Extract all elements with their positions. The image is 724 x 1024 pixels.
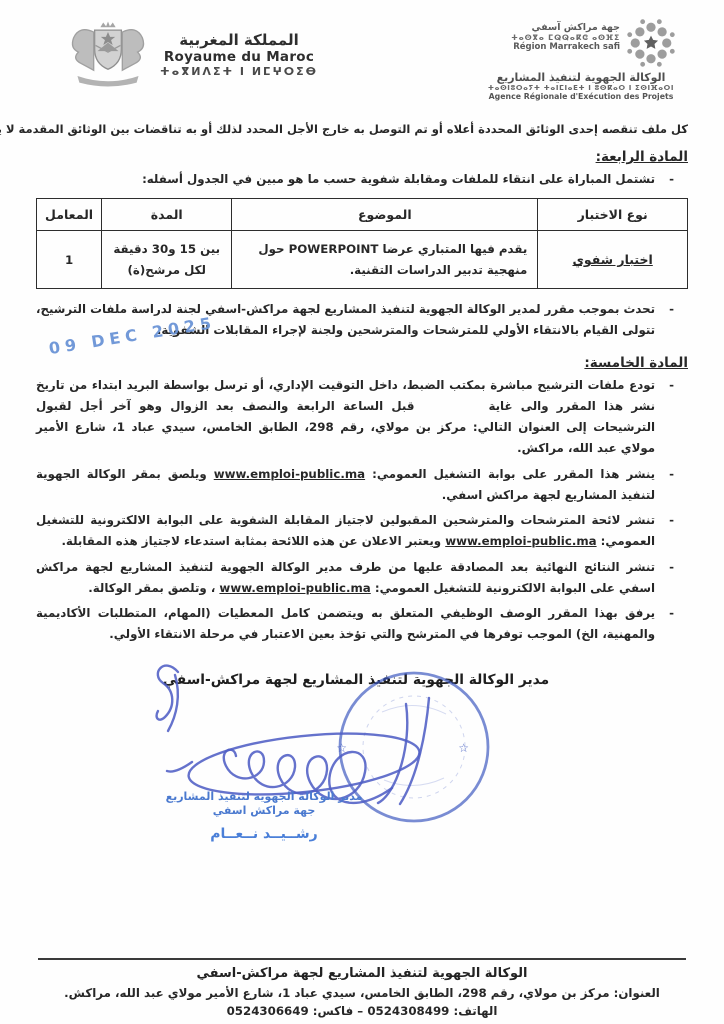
agency-text: الوكالة الجهوية لتنفيذ المشاريع ⵜⴰⵙⵏⵓⵔⴰⵢ…: [486, 71, 676, 101]
bullet-dash: -: [669, 557, 674, 599]
bullet-dash: -: [669, 299, 674, 341]
intro-paragraph: كل ملف تنقصه إحدى الوثائق المحددة أعلاه …: [36, 122, 688, 136]
list-item: - تودع ملفات الترشيح مباشرة بمكتب الضبط،…: [36, 375, 688, 460]
list-item: - ينشر هذا المقرر على بوابة التشغيل العم…: [36, 464, 688, 506]
agency-block: جهة مراكش آسفي ⵜⴰⵙⴳⴰ ⵎⵕⵕⴰⴽⵛ ⴰⵙⴼⵉ Région …: [486, 18, 676, 101]
agency-name-tifinagh: ⵜⴰⵙⵏⵓⵔⴰⵢⵜ ⵜⴰⵏⵎⵏⴰⴹⵜ ⵏ ⵓⵙⴽⴰⵔ ⵏ ⵉⵙⵏⴼⴰⵔⵏ: [486, 84, 676, 92]
region-text: جهة مراكش آسفي ⵜⴰⵙⴳⴰ ⵎⵕⵕⴰⴽⵛ ⴰⵙⴼⵉ Région …: [511, 18, 620, 68]
article4-title: المادة الرابعة:: [596, 149, 688, 165]
bullet-dash: -: [669, 464, 674, 506]
bullet-publish-text: ينشر هذا المقرر على بوابة التشغيل العموم…: [36, 464, 655, 506]
kingdom-text: المملكة المغربية Royaume du Maroc ⵜⴰⴳⵍⴷⵉ…: [160, 31, 318, 78]
footer-agency-name: الوكالة الجهوية لتنفيذ المشاريع لجهة مرا…: [38, 966, 686, 981]
coat-of-arms-icon: [66, 18, 150, 90]
footer-address: العنوان: مركز بن مولاي، رقم 298، الطابق …: [38, 986, 686, 1000]
kingdom-block: المملكة المغربية Royaume du Maroc ⵜⴰⴳⵍⴷⵉ…: [66, 18, 318, 90]
header-subject: الموضوع: [232, 199, 538, 231]
cell-subject: يقدم فيها المتباري عرضا POWERPOINT حول م…: [232, 231, 538, 289]
article4-bullet-text: تشتمل المباراة على انتقاء للملفات ومقابل…: [36, 169, 655, 190]
signer-block: مدير الوكالة الجهوية لتنفيذ المشاريع جهة…: [154, 790, 374, 842]
table-row: اختبار شفوي يقدم فيها المتباري عرضا POWE…: [37, 231, 688, 289]
bullet-results-text: تنشر النتائج النهائية بعد المصادقة عليها…: [36, 557, 655, 599]
stamp-rim-text: الوكالة الجهوية لتنفيذ المشاريع ✶ جهة مر…: [144, 654, 150, 657]
signature-section: مدير الوكالة الجهوية لتنفيذ المشاريع لجه…: [36, 654, 688, 866]
agency-name-french: Agence Régionale d'Exécution des Projets: [486, 92, 676, 101]
region-name-arabic: جهة مراكش آسفي: [511, 22, 620, 33]
table-header-row: نوع الاختبار الموضوع المدة المعامل: [37, 199, 688, 231]
svg-text:الوكالة الجهوية لتنفيذ المشاري: الوكالة الجهوية لتنفيذ المشاريع ✶ جهة مر…: [144, 654, 150, 657]
kingdom-name-arabic: المملكة المغربية: [160, 31, 318, 49]
signer-role-line1: مدير الوكالة الجهوية لتنفيذ المشاريع: [154, 790, 374, 803]
signature-scribble-icon: [157, 665, 429, 803]
kingdom-name-french: Royaume du Maroc: [160, 49, 318, 65]
document-footer: الوكالة الجهوية لتنفيذ المشاريع لجهة مرا…: [38, 958, 686, 1018]
list-item: - يرفق بهذا المقرر الوصف الوظيفي المتعلق…: [36, 603, 688, 645]
exam-table: نوع الاختبار الموضوع المدة المعامل اختبا…: [36, 198, 688, 289]
kingdom-name-tifinagh: ⵜⴰⴳⵍⴷⵉⵜ ⵏ ⵍⵎⵖⵔⵉⴱ: [160, 65, 318, 78]
exam-type-value: اختبار شفوي: [572, 252, 652, 267]
header-duration: المدة: [102, 199, 232, 231]
emploi-public-link[interactable]: www.emploi-public.ma: [219, 581, 370, 595]
cell-exam-type: اختبار شفوي: [538, 231, 688, 289]
header-exam-type: نوع الاختبار: [538, 199, 688, 231]
emploi-public-link[interactable]: www.emploi-public.ma: [445, 534, 596, 548]
list-item: - تنشر النتائج النهائية بعد المصادقة علي…: [36, 557, 688, 599]
bullet-dash: -: [669, 169, 674, 190]
cell-duration: بين 15 و30 دقيقة لكل مرشح(ة): [102, 231, 232, 289]
cell-coefficient: 1: [37, 231, 102, 289]
region-name-french: Région Marrakech safi: [511, 42, 620, 52]
bullet-jobdesc-text: يرفق بهذا المقرر الوصف الوظيفي المتعلق ب…: [36, 603, 655, 645]
bullet-deposit-text: تودع ملفات الترشيح مباشرة بمكتب الضبط، د…: [36, 375, 655, 460]
region-rosette-icon: [626, 18, 676, 68]
bullet-shortlist-text: تنشر لائحة المترشحات والمترشحين المقبولي…: [36, 510, 655, 552]
region-name-tifinagh: ⵜⴰⵙⴳⴰ ⵎⵕⵕⴰⴽⵛ ⴰⵙⴼⵉ: [511, 33, 620, 42]
bullet-text-segment: ينشر هذا المقرر على بوابة التشغيل العموم…: [365, 467, 655, 481]
bullet-dash: -: [669, 375, 674, 460]
scanned-document-page: المملكة المغربية Royaume du Maroc ⵜⴰⴳⵍⴷⵉ…: [0, 0, 724, 1024]
bullet-text-segment: ويعتبر الاعلان عن هذه اللائحة بمثابة است…: [61, 534, 445, 548]
list-item: - تنشر لائحة المترشحات والمترشحين المقبو…: [36, 510, 688, 552]
header-coefficient: المعامل: [37, 199, 102, 231]
document-header: المملكة المغربية Royaume du Maroc ⵜⴰⴳⵍⴷⵉ…: [38, 18, 682, 98]
signer-role-line2: جهة مراكش اسفي: [154, 804, 374, 817]
bullet-text-segment: ، وتلصق بمقر الوكالة.: [88, 581, 219, 595]
stamp-star-right: ☆: [458, 741, 469, 755]
emploi-public-link[interactable]: www.emploi-public.ma: [214, 467, 365, 481]
bullet-dash: -: [669, 603, 674, 645]
footer-phone-fax: الهاتف: 0524308499 – فاكس: 0524306649: [38, 1004, 686, 1018]
article4-bullet: - تشتمل المباراة على انتقاء للملفات ومقا…: [36, 169, 688, 190]
agency-name-arabic: الوكالة الجهوية لتنفيذ المشاريع: [486, 71, 676, 84]
article5-section: 09 DEC 2025 المادة الخامسة: - تودع ملفات…: [36, 342, 688, 646]
signer-name: رشــيــد نــعــام: [154, 826, 374, 842]
bullet-dash: -: [669, 510, 674, 552]
article5-title: المادة الخامسة:: [584, 355, 688, 371]
